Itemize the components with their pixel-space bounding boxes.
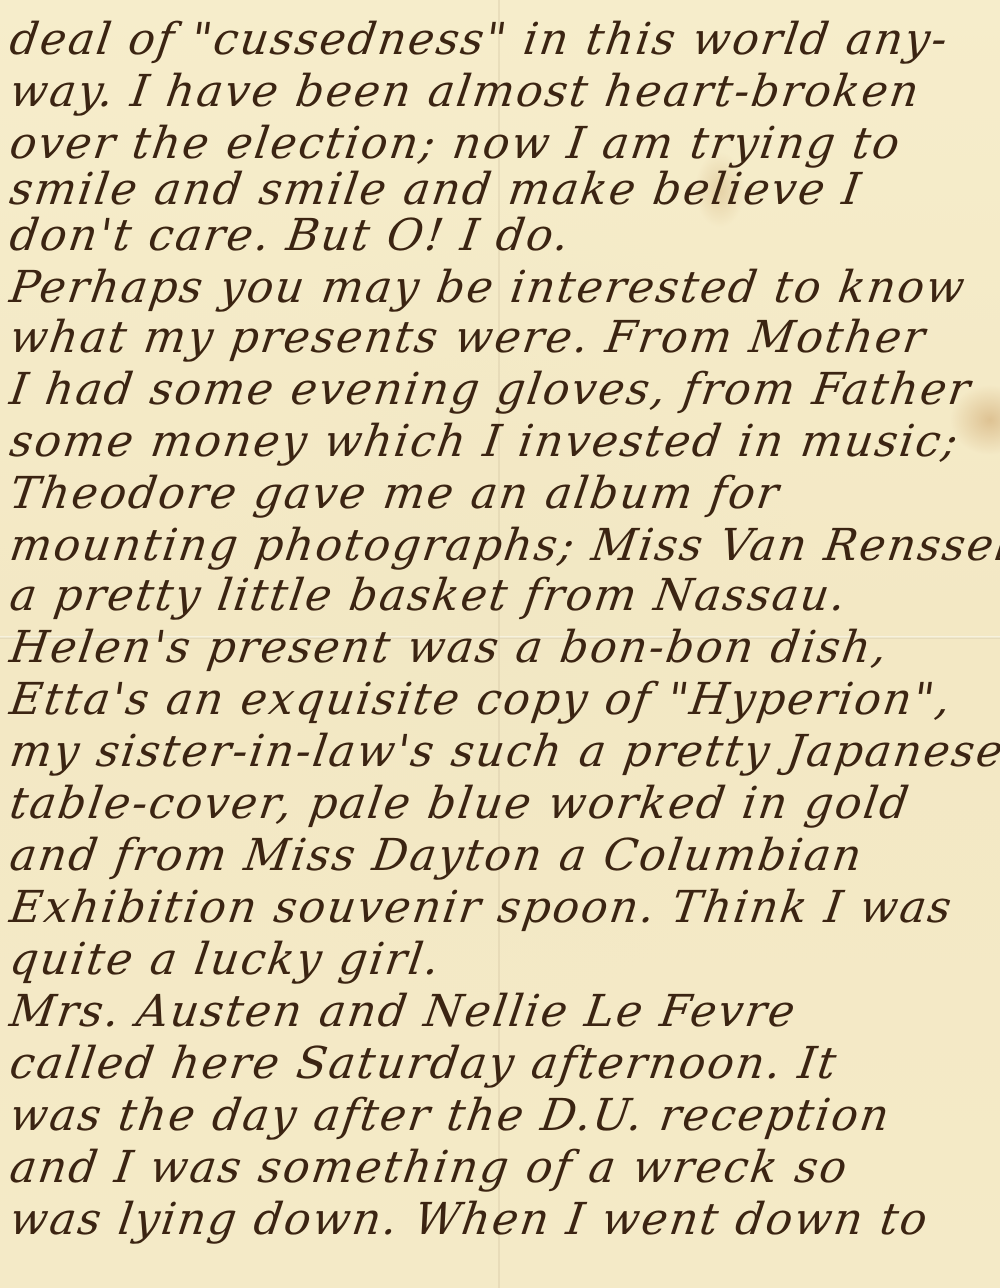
text-line: deal of "cussedness" in this world any- bbox=[6, 10, 998, 70]
text-line: table-cover, pale blue worked in gold bbox=[6, 774, 998, 834]
text-line: called here Saturday afternoon. It bbox=[6, 1034, 998, 1094]
text-line: Mrs. Austen and Nellie Le Fevre bbox=[6, 982, 998, 1042]
text-line: some money which I invested in music; bbox=[6, 412, 998, 472]
text-line: don't care. But O! I do. bbox=[6, 206, 998, 266]
text-line: I had some evening gloves, from Father bbox=[6, 360, 998, 420]
letter-page: deal of "cussedness" in this world any- … bbox=[0, 0, 1000, 1288]
text-line: Theodore gave me an album for bbox=[6, 464, 998, 524]
text-line: quite a lucky girl. bbox=[6, 930, 998, 990]
text-line: what my presents were. From Mother bbox=[6, 308, 998, 368]
text-line: and I was something of a wreck so bbox=[6, 1138, 998, 1198]
text-line: was lying down. When I went down to bbox=[6, 1190, 998, 1250]
text-line: Etta's an exquisite copy of "Hyperion", bbox=[6, 670, 998, 730]
text-line: was the day after the D.U. reception bbox=[6, 1086, 998, 1146]
text-line: and from Miss Dayton a Columbian bbox=[6, 826, 998, 886]
text-line: Exhibition souvenir spoon. Think I was bbox=[6, 878, 998, 938]
text-line: a pretty little basket from Nassau. bbox=[6, 566, 998, 626]
text-line: way. I have been almost heart-broken bbox=[6, 62, 998, 122]
text-line: my sister-in-law's such a pretty Japanes… bbox=[6, 722, 998, 782]
text-line: Helen's present was a bon-bon dish, bbox=[6, 618, 998, 678]
